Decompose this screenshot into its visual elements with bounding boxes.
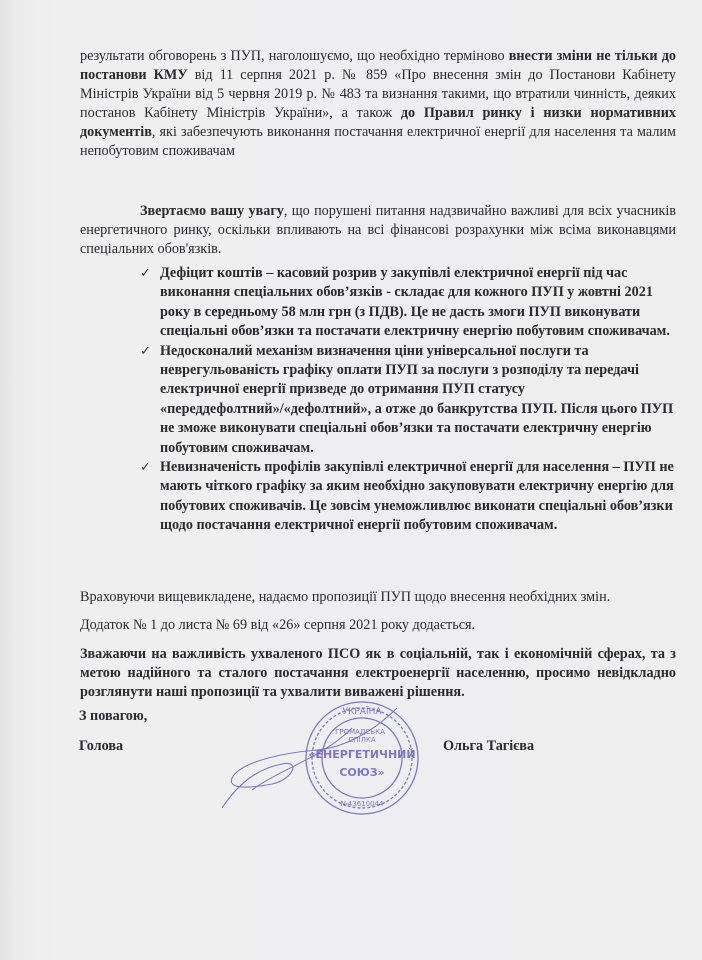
bold-run: Звертаємо вашу увагу <box>140 203 284 219</box>
issues-list: ✓ Дефіцит коштів – касовий розрив у заку… <box>140 264 680 536</box>
list-item-text: Невизначеність профілів закупівлі електр… <box>160 459 674 533</box>
checkmark-icon: ✓ <box>140 458 151 477</box>
list-item-pricing: ✓ Недосконалий механізм визначення ціни … <box>140 342 680 458</box>
signer-title: Голова <box>79 738 123 755</box>
official-stamp-icon: УКРАЇНА ГРОМАДСЬКА СПІЛКА «ЕНЕРГЕТИЧНИЙ … <box>222 698 422 828</box>
svg-text:УКРАЇНА: УКРАЇНА <box>342 706 382 717</box>
signer-name: Ольга Тагієва <box>443 738 534 755</box>
svg-text:№43610044: №43610044 <box>341 800 384 808</box>
svg-text:СОЮЗ»: СОЮЗ» <box>339 766 384 779</box>
paragraph-proposals: Враховуючи вищевикладене, надаємо пропоз… <box>80 588 676 607</box>
text-run: результати обговорень з ПУП, наголошуємо… <box>80 48 509 64</box>
svg-text:СПІЛКА: СПІЛКА <box>348 736 375 744</box>
list-item-profiles: ✓ Невизначеність профілів закупівлі елек… <box>140 458 680 536</box>
paragraph-amendments: результати обговорень з ПУП, наголошуємо… <box>80 47 676 161</box>
svg-text:ГРОМАДСЬКА: ГРОМАДСЬКА <box>335 728 385 736</box>
svg-text:«ЕНЕРГЕТИЧНИЙ: «ЕНЕРГЕТИЧНИЙ <box>308 748 415 761</box>
list-item-text: Дефіцит коштів – касовий розрив у закупі… <box>160 265 670 339</box>
closing-text: З повагою, <box>79 708 147 725</box>
list-item-deficit: ✓ Дефіцит коштів – касовий розрив у заку… <box>140 264 680 342</box>
text-run: , які забезпечують виконання постачання … <box>80 124 676 159</box>
checkmark-icon: ✓ <box>140 264 151 283</box>
list-item-text: Недосконалий механізм визначення ціни ун… <box>160 343 673 456</box>
paragraph-attention: Звертаємо вашу увагу, що порушені питанн… <box>80 202 676 259</box>
paragraph-request: Зважаючи на важливість ухваленого ПСО як… <box>80 645 676 702</box>
checkmark-icon: ✓ <box>140 342 151 361</box>
document-page: результати обговорень з ПУП, наголошуємо… <box>0 0 702 960</box>
paragraph-attachment: Додаток № 1 до листа № 69 від «26» серпн… <box>80 616 676 635</box>
